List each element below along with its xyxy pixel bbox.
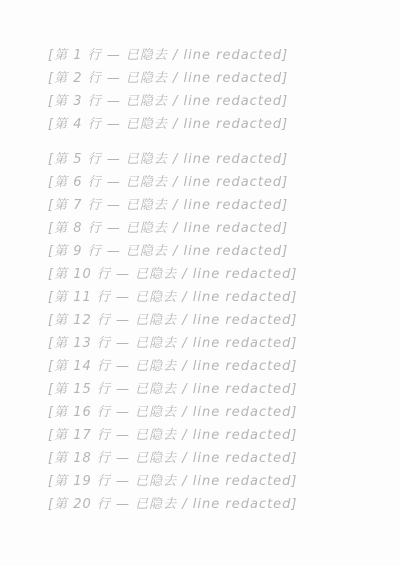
reader-page: [第 1 行 — 已隐去 / line redacted][第 2 行 — 已隐… <box>0 0 400 566</box>
text-line: [第 1 行 — 已隐去 / line redacted] <box>48 44 370 67</box>
text-line: [第 4 行 — 已隐去 / line redacted] <box>48 113 370 136</box>
text-line: [第 15 行 — 已隐去 / line redacted] <box>48 378 370 401</box>
text-line: [第 9 行 — 已隐去 / line redacted] <box>48 240 370 263</box>
text-line: [第 18 行 — 已隐去 / line redacted] <box>48 447 370 470</box>
body-text: [第 1 行 — 已隐去 / line redacted][第 2 行 — 已隐… <box>0 0 400 516</box>
text-line: [第 7 行 — 已隐去 / line redacted] <box>48 194 370 217</box>
text-line: [第 17 行 — 已隐去 / line redacted] <box>48 424 370 447</box>
text-line: [第 13 行 — 已隐去 / line redacted] <box>48 332 370 355</box>
text-line: [第 19 行 — 已隐去 / line redacted] <box>48 470 370 493</box>
text-line: [第 11 行 — 已隐去 / line redacted] <box>48 286 370 309</box>
text-line: [第 3 行 — 已隐去 / line redacted] <box>48 90 370 113</box>
text-line: [第 16 行 — 已隐去 / line redacted] <box>48 401 370 424</box>
text-line: [第 20 行 — 已隐去 / line redacted] <box>48 493 370 516</box>
text-line: [第 5 行 — 已隐去 / line redacted] <box>48 148 370 171</box>
text-line: [第 6 行 — 已隐去 / line redacted] <box>48 171 370 194</box>
text-line: [第 12 行 — 已隐去 / line redacted] <box>48 309 370 332</box>
text-line: [第 10 行 — 已隐去 / line redacted] <box>48 263 370 286</box>
blank-line <box>48 136 370 148</box>
text-line: [第 8 行 — 已隐去 / line redacted] <box>48 217 370 240</box>
text-line: [第 2 行 — 已隐去 / line redacted] <box>48 67 370 90</box>
text-line: [第 14 行 — 已隐去 / line redacted] <box>48 355 370 378</box>
